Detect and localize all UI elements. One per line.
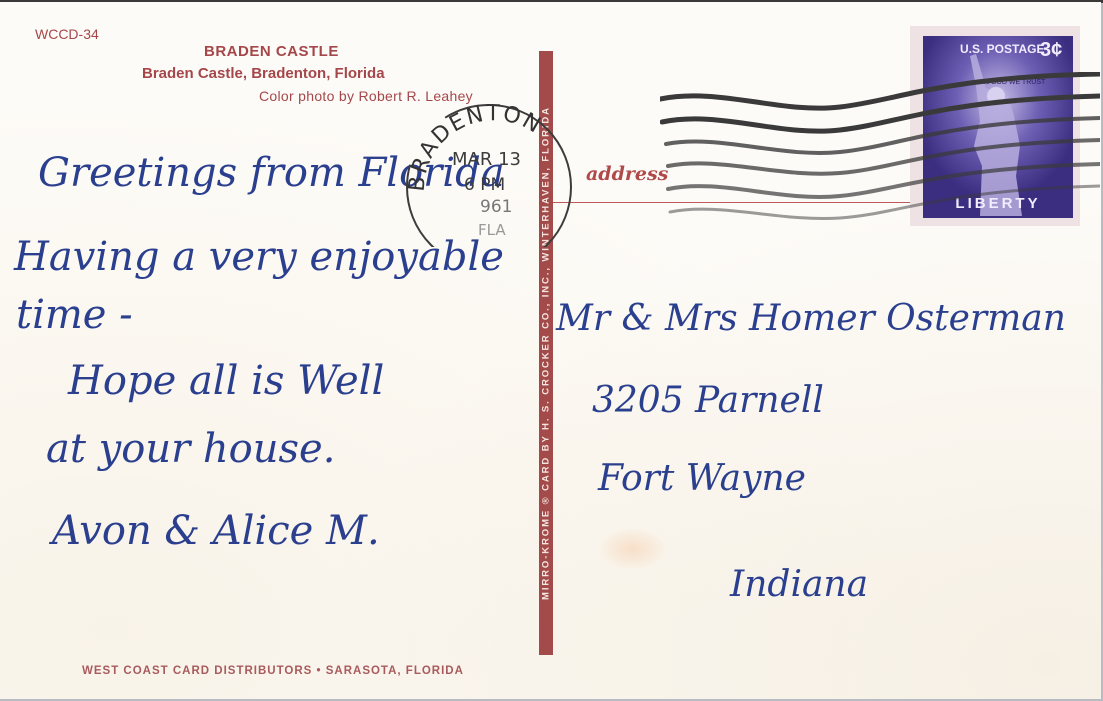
svg-text:LIBERTY: LIBERTY: [955, 195, 1040, 212]
address-rule: [553, 202, 910, 203]
message-line: Having a very enjoyable: [14, 234, 504, 280]
card-subtitle: Braden Castle, Bradenton, Florida: [142, 65, 385, 82]
distributor-imprint: WEST COAST CARD DISTRIBUTORS • SARASOTA,…: [82, 665, 464, 677]
svg-text:IN GOD WE TRUST: IN GOD WE TRUST: [982, 79, 1046, 86]
postmark-year: 961: [480, 197, 512, 217]
message-line: Greetings from Florida: [38, 150, 505, 196]
address-line: Fort Wayne: [598, 458, 806, 499]
paper-stain: [600, 529, 665, 569]
message-line: Hope all is Well: [68, 358, 384, 404]
message-line: time -: [16, 292, 133, 338]
svg-text:U.S. POSTAGE: U.S. POSTAGE: [960, 42, 1044, 56]
svg-text:3¢: 3¢: [1040, 39, 1062, 61]
photo-credit: Color photo by Robert R. Leahey: [259, 88, 473, 104]
message-line: Avon & Alice M.: [52, 508, 380, 554]
postcard-back: WCCD-34 BRADEN CASTLE Braden Castle, Bra…: [0, 2, 1101, 699]
divider-imprint-text: MIRRO-KROME ® CARD BY H. S. CROCKER CO.,…: [541, 106, 552, 600]
message-line: at your house.: [46, 426, 335, 472]
statue-of-liberty-icon: U.S. POSTAGE 3¢ IN GOD WE TRUST LIBERTY: [910, 26, 1080, 226]
address-line: Mr & Mrs Homer Osterman: [556, 298, 1066, 339]
postage-stamp: U.S. POSTAGE 3¢ IN GOD WE TRUST LIBERTY: [910, 26, 1080, 226]
address-label: address: [586, 163, 668, 185]
address-line: Indiana: [730, 564, 868, 605]
address-line: 3205 Parnell: [592, 380, 824, 421]
divider-imprint: MIRRO-KROME ® CARD BY H. S. CROCKER CO.,…: [539, 51, 553, 655]
card-title: BRADEN CASTLE: [204, 43, 339, 60]
catalog-code: WCCD-34: [35, 26, 99, 42]
